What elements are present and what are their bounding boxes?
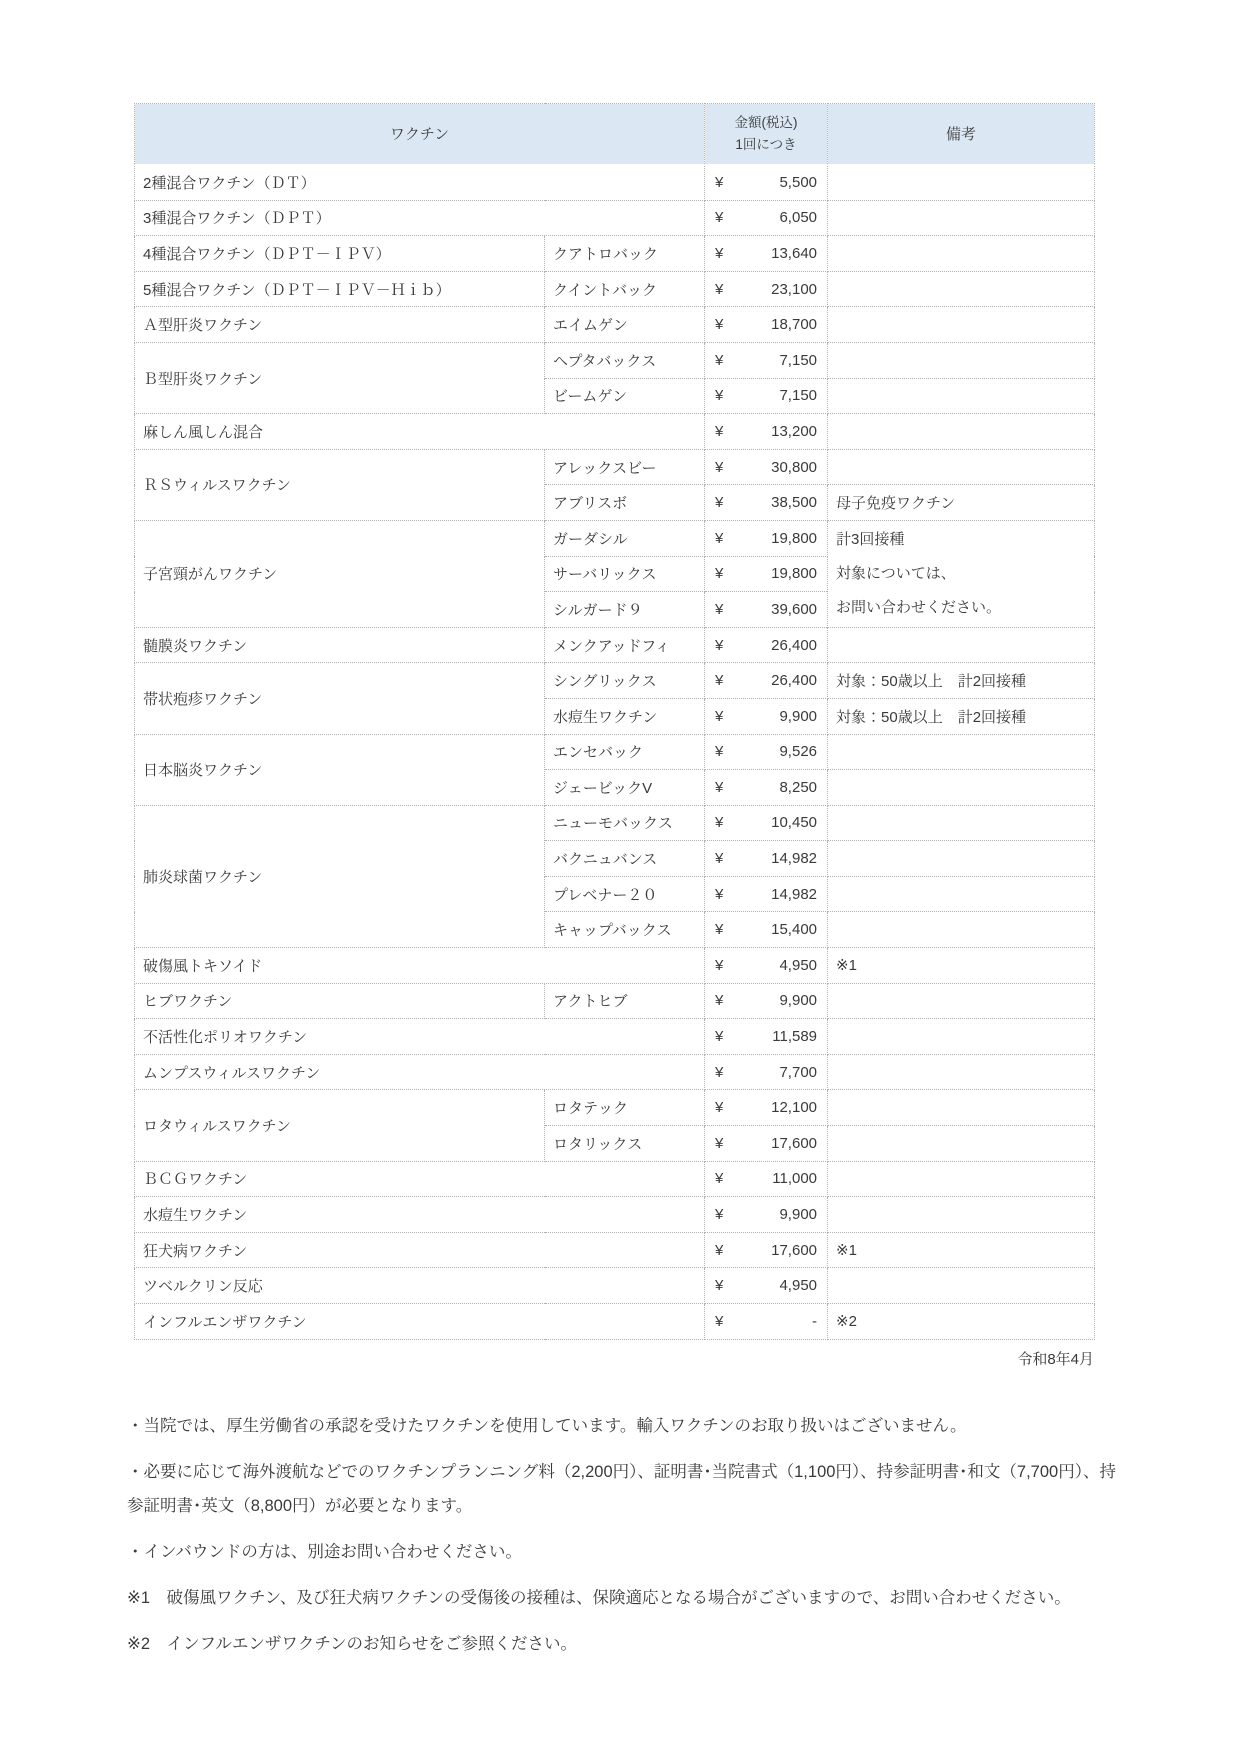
- header-notes: 備考: [828, 104, 1095, 165]
- price-cell: ¥13,640: [705, 236, 828, 272]
- brand-name-cell: ロタテック: [545, 1090, 705, 1126]
- note-cell: [828, 200, 1095, 236]
- note-cell: [828, 770, 1095, 806]
- brand-name-cell: アレックスビー: [545, 449, 705, 485]
- brand-name-cell: ロタリックス: [545, 1126, 705, 1162]
- price-amount: 4,950: [779, 957, 817, 974]
- table-row: 帯状疱疹ワクチンシングリックス¥26,400対象：50歳以上 計2回接種: [135, 663, 1095, 699]
- price-cell: ¥19,800: [705, 556, 828, 592]
- header-row: ワクチン 金額(税込) 1回につき 備考: [135, 104, 1095, 165]
- price-amount: 15,400: [771, 921, 817, 938]
- note-cell: [828, 734, 1095, 770]
- price-amount: 13,200: [771, 423, 817, 440]
- currency-symbol: ¥: [715, 743, 723, 760]
- brand-name-cell: ビームゲン: [545, 378, 705, 414]
- price-cell: ¥-: [705, 1304, 828, 1340]
- currency-symbol: ¥: [715, 814, 723, 831]
- currency-symbol: ¥: [715, 174, 723, 191]
- currency-symbol: ¥: [715, 886, 723, 903]
- table-row: 日本脳炎ワクチンエンセバック¥9,526: [135, 734, 1095, 770]
- note-cell: [828, 912, 1095, 948]
- note-cell: 計3回接種 対象については、 お問い合わせください。: [828, 520, 1095, 627]
- currency-symbol: ¥: [715, 530, 723, 547]
- price-amount: 12,100: [771, 1099, 817, 1116]
- price-amount: 4,950: [779, 1277, 817, 1294]
- vaccine-name-cell: ツベルクリン反応: [135, 1268, 705, 1304]
- currency-symbol: ¥: [715, 494, 723, 511]
- price-cell: ¥26,400: [705, 663, 828, 699]
- brand-name-cell: エンセバック: [545, 734, 705, 770]
- price-cell: ¥8,250: [705, 770, 828, 806]
- price-cell: ¥7,150: [705, 342, 828, 378]
- price-cell: ¥14,982: [705, 876, 828, 912]
- currency-symbol: ¥: [715, 850, 723, 867]
- note-cell: [828, 1019, 1095, 1055]
- price-amount: 5,500: [779, 174, 817, 191]
- note-cell: [828, 1054, 1095, 1090]
- currency-symbol: ¥: [715, 352, 723, 369]
- vaccine-name-cell: 麻しん風しん混合: [135, 414, 705, 450]
- header-price: 金額(税込) 1回につき: [705, 104, 828, 165]
- note-cell: [828, 983, 1095, 1019]
- currency-symbol: ¥: [715, 1064, 723, 1081]
- price-amount: 26,400: [771, 637, 817, 654]
- note-cell: 対象：50歳以上 計2回接種: [828, 663, 1095, 699]
- price-amount: 7,150: [779, 387, 817, 404]
- price-amount: 9,900: [779, 708, 817, 725]
- vaccine-name-cell: 髄膜炎ワクチン: [135, 627, 545, 663]
- price-cell: ¥23,100: [705, 271, 828, 307]
- price-cell: ¥5,500: [705, 165, 828, 201]
- note-cell: [828, 342, 1095, 378]
- price-amount: 11,589: [772, 1028, 817, 1045]
- brand-name-cell: アブリスボ: [545, 485, 705, 521]
- price-cell: ¥4,950: [705, 1268, 828, 1304]
- vaccine-name-cell: 帯状疱疹ワクチン: [135, 663, 545, 734]
- price-amount: 9,900: [779, 992, 817, 1009]
- currency-symbol: ¥: [715, 1135, 723, 1152]
- footnotes: ・当院では、厚生労働省の承認を受けたワクチンを使用しています。輸入ワクチンのお取…: [127, 1409, 1119, 1661]
- note-cell: ※2: [828, 1304, 1095, 1340]
- table-row: ＲＳウィルスワクチンアレックスビー¥30,800: [135, 449, 1095, 485]
- table-row: 4種混合ワクチン（ＤＰＴ－ＩＰＶ）クアトロバック¥13,640: [135, 236, 1095, 272]
- document-page: { "page": { "date_label": "令和8年4月" }, "c…: [0, 0, 1240, 1754]
- price-amount: 7,700: [779, 1064, 817, 1081]
- price-amount: 14,982: [771, 850, 817, 867]
- note-cell: 母子免疫ワクチン: [828, 485, 1095, 521]
- table-row: 狂犬病ワクチン¥17,600※1: [135, 1232, 1095, 1268]
- vaccine-name-cell: 肺炎球菌ワクチン: [135, 805, 545, 947]
- currency-symbol: ¥: [715, 1242, 723, 1259]
- price-cell: ¥12,100: [705, 1090, 828, 1126]
- vaccine-name-cell: 日本脳炎ワクチン: [135, 734, 545, 805]
- brand-name-cell: ジェービックV: [545, 770, 705, 806]
- footnote: ※2 インフルエンザワクチンのお知らせをご参照ください。: [127, 1627, 1119, 1661]
- price-cell: ¥9,900: [705, 698, 828, 734]
- currency-symbol: ¥: [715, 1277, 723, 1294]
- brand-name-cell: シングリックス: [545, 663, 705, 699]
- note-cell: [828, 307, 1095, 343]
- note-cell: [828, 449, 1095, 485]
- price-amount: 11,000: [772, 1170, 817, 1187]
- price-cell: ¥11,589: [705, 1019, 828, 1055]
- currency-symbol: ¥: [715, 957, 723, 974]
- table-row: ＢＣＧワクチン¥11,000: [135, 1161, 1095, 1197]
- table-row: Ｂ型肝炎ワクチンヘプタバックス¥7,150: [135, 342, 1095, 378]
- price-amount: 9,526: [779, 743, 817, 760]
- note-cell: [828, 627, 1095, 663]
- table-row: 破傷風トキソイド¥4,950※1: [135, 948, 1095, 984]
- price-cell: ¥9,900: [705, 983, 828, 1019]
- note-cell: [828, 378, 1095, 414]
- price-amount: 17,600: [771, 1135, 817, 1152]
- vaccine-name-cell: ヒブワクチン: [135, 983, 545, 1019]
- currency-symbol: ¥: [715, 672, 723, 689]
- currency-symbol: ¥: [715, 316, 723, 333]
- price-cell: ¥17,600: [705, 1232, 828, 1268]
- vaccine-name-cell: 水痘生ワクチン: [135, 1197, 705, 1233]
- currency-symbol: ¥: [715, 423, 723, 440]
- note-cell: [828, 841, 1095, 877]
- price-cell: ¥9,526: [705, 734, 828, 770]
- price-cell: ¥17,600: [705, 1126, 828, 1162]
- price-cell: ¥7,150: [705, 378, 828, 414]
- currency-symbol: ¥: [715, 565, 723, 582]
- table-row: ロタウィルスワクチンロタテック¥12,100: [135, 1090, 1095, 1126]
- table-row: 3種混合ワクチン（ＤＰＴ）¥6,050: [135, 200, 1095, 236]
- price-table-body: 2種混合ワクチン（ＤＴ）¥5,5003種混合ワクチン（ＤＰＴ）¥6,0504種混…: [135, 165, 1095, 1340]
- price-amount: 14,982: [771, 886, 817, 903]
- price-amount: 6,050: [779, 209, 817, 226]
- table-row: ムンプスウィルスワクチン¥7,700: [135, 1054, 1095, 1090]
- note-cell: [828, 414, 1095, 450]
- note-cell: [828, 876, 1095, 912]
- currency-symbol: ¥: [715, 387, 723, 404]
- brand-name-cell: シルガード９: [545, 592, 705, 628]
- currency-symbol: ¥: [715, 209, 723, 226]
- header-vaccine: ワクチン: [135, 104, 705, 165]
- brand-name-cell: アクトヒブ: [545, 983, 705, 1019]
- price-cell: ¥7,700: [705, 1054, 828, 1090]
- currency-symbol: ¥: [715, 992, 723, 1009]
- table-header: ワクチン 金額(税込) 1回につき 備考: [135, 104, 1095, 165]
- brand-name-cell: 水痘生ワクチン: [545, 698, 705, 734]
- brand-name-cell: クアトロバック: [545, 236, 705, 272]
- currency-symbol: ¥: [715, 921, 723, 938]
- vaccine-name-cell: インフルエンザワクチン: [135, 1304, 705, 1340]
- note-cell: [828, 1126, 1095, 1162]
- currency-symbol: ¥: [715, 1099, 723, 1116]
- note-cell: ※1: [828, 948, 1095, 984]
- price-cell: ¥14,982: [705, 841, 828, 877]
- brand-name-cell: ニューモバックス: [545, 805, 705, 841]
- brand-name-cell: キャップバックス: [545, 912, 705, 948]
- brand-name-cell: エイムゲン: [545, 307, 705, 343]
- vaccine-name-cell: Ａ型肝炎ワクチン: [135, 307, 545, 343]
- vaccine-price-table: ワクチン 金額(税込) 1回につき 備考 2種混合ワクチン（ＤＴ）¥5,5003…: [134, 103, 1095, 1340]
- vaccine-name-cell: 狂犬病ワクチン: [135, 1232, 705, 1268]
- price-cell: ¥6,050: [705, 200, 828, 236]
- price-amount: 38,500: [771, 494, 817, 511]
- table-row: 水痘生ワクチン¥9,900: [135, 1197, 1095, 1233]
- currency-symbol: ¥: [715, 779, 723, 796]
- note-cell: [828, 271, 1095, 307]
- price-amount: 19,800: [771, 565, 817, 582]
- table-row: 2種混合ワクチン（ＤＴ）¥5,500: [135, 165, 1095, 201]
- price-amount: 9,900: [779, 1206, 817, 1223]
- vaccine-name-cell: 破傷風トキソイド: [135, 948, 705, 984]
- note-cell: 対象：50歳以上 計2回接種: [828, 698, 1095, 734]
- price-cell: ¥9,900: [705, 1197, 828, 1233]
- note-cell: [828, 236, 1095, 272]
- price-cell: ¥4,950: [705, 948, 828, 984]
- price-amount: 18,700: [771, 316, 817, 333]
- price-amount: 7,150: [779, 352, 817, 369]
- brand-name-cell: ガーダシル: [545, 520, 705, 556]
- note-cell: [828, 165, 1095, 201]
- price-cell: ¥11,000: [705, 1161, 828, 1197]
- table-row: 子宮頸がんワクチンガーダシル¥19,800計3回接種 対象については、 お問い合…: [135, 520, 1095, 556]
- note-cell: [828, 1268, 1095, 1304]
- vaccine-name-cell: ムンプスウィルスワクチン: [135, 1054, 705, 1090]
- price-amount: 10,450: [771, 814, 817, 831]
- brand-name-cell: サーバリックス: [545, 556, 705, 592]
- vaccine-name-cell: 2種混合ワクチン（ＤＴ）: [135, 165, 705, 201]
- currency-symbol: ¥: [715, 281, 723, 298]
- currency-symbol: ¥: [715, 1028, 723, 1045]
- brand-name-cell: メンクアッドフィ: [545, 627, 705, 663]
- vaccine-name-cell: 不活性化ポリオワクチン: [135, 1019, 705, 1055]
- table-row: ツベルクリン反応¥4,950: [135, 1268, 1095, 1304]
- vaccine-name-cell: 子宮頸がんワクチン: [135, 520, 545, 627]
- note-cell: [828, 1197, 1095, 1233]
- price-amount: 17,600: [771, 1242, 817, 1259]
- price-cell: ¥18,700: [705, 307, 828, 343]
- price-cell: ¥30,800: [705, 449, 828, 485]
- brand-name-cell: バクニュバンス: [545, 841, 705, 877]
- table-row: インフルエンザワクチン¥-※2: [135, 1304, 1095, 1340]
- price-amount: 13,640: [771, 245, 817, 262]
- header-price-line2: 1回につき: [713, 134, 819, 156]
- table-row: 肺炎球菌ワクチンニューモバックス¥10,450: [135, 805, 1095, 841]
- price-amount: 19,800: [771, 530, 817, 547]
- footnote: ・インバウンドの方は、別途お問い合わせください。: [127, 1535, 1119, 1569]
- currency-symbol: ¥: [715, 601, 723, 618]
- vaccine-name-cell: Ｂ型肝炎ワクチン: [135, 342, 545, 413]
- currency-symbol: ¥: [715, 1206, 723, 1223]
- price-cell: ¥10,450: [705, 805, 828, 841]
- vaccine-name-cell: ＢＣＧワクチン: [135, 1161, 705, 1197]
- brand-name-cell: ヘプタバックス: [545, 342, 705, 378]
- currency-symbol: ¥: [715, 1170, 723, 1187]
- vaccine-name-cell: ロタウィルスワクチン: [135, 1090, 545, 1161]
- table-row: 不活性化ポリオワクチン¥11,589: [135, 1019, 1095, 1055]
- price-amount: 8,250: [779, 779, 817, 796]
- price-cell: ¥13,200: [705, 414, 828, 450]
- currency-symbol: ¥: [715, 1313, 723, 1330]
- footnote: ・当院では、厚生労働省の承認を受けたワクチンを使用しています。輸入ワクチンのお取…: [127, 1409, 1119, 1443]
- vaccine-name-cell: 3種混合ワクチン（ＤＰＴ）: [135, 200, 705, 236]
- brand-name-cell: クイントバック: [545, 271, 705, 307]
- price-cell: ¥15,400: [705, 912, 828, 948]
- table-row: Ａ型肝炎ワクチンエイムゲン¥18,700: [135, 307, 1095, 343]
- price-cell: ¥26,400: [705, 627, 828, 663]
- vaccine-price-sheet: ワクチン 金額(税込) 1回につき 備考 2種混合ワクチン（ＤＴ）¥5,5003…: [134, 103, 1096, 1673]
- vaccine-name-cell: 5種混合ワクチン（ＤＰＴ－ＩＰＶ－Ｈｉｂ）: [135, 271, 545, 307]
- currency-symbol: ¥: [715, 708, 723, 725]
- table-row: 麻しん風しん混合¥13,200: [135, 414, 1095, 450]
- date-label: 令和8年4月: [134, 1348, 1094, 1369]
- note-cell: [828, 1161, 1095, 1197]
- currency-symbol: ¥: [715, 459, 723, 476]
- price-cell: ¥38,500: [705, 485, 828, 521]
- footnote: ・必要に応じて海外渡航などでのワクチンプランニング料（2,200円）、証明書･当…: [127, 1455, 1119, 1523]
- price-amount: 30,800: [771, 459, 817, 476]
- header-price-line1: 金額(税込): [713, 112, 819, 134]
- table-row: ヒブワクチンアクトヒブ¥9,900: [135, 983, 1095, 1019]
- currency-symbol: ¥: [715, 245, 723, 262]
- table-row: 5種混合ワクチン（ＤＰＴ－ＩＰＶ－Ｈｉｂ）クイントバック¥23,100: [135, 271, 1095, 307]
- price-cell: ¥39,600: [705, 592, 828, 628]
- brand-name-cell: プレベナー２０: [545, 876, 705, 912]
- price-amount: 39,600: [771, 601, 817, 618]
- currency-symbol: ¥: [715, 637, 723, 654]
- vaccine-name-cell: ＲＳウィルスワクチン: [135, 449, 545, 520]
- table-row: 髄膜炎ワクチンメンクアッドフィ¥26,400: [135, 627, 1095, 663]
- footnote: ※1 破傷風ワクチン、及び狂犬病ワクチンの受傷後の接種は、保険適応となる場合がご…: [127, 1581, 1119, 1615]
- note-cell: ※1: [828, 1232, 1095, 1268]
- note-cell: [828, 805, 1095, 841]
- price-amount: 23,100: [771, 281, 817, 298]
- price-amount: 26,400: [771, 672, 817, 689]
- price-cell: ¥19,800: [705, 520, 828, 556]
- price-amount: -: [812, 1313, 817, 1330]
- vaccine-name-cell: 4種混合ワクチン（ＤＰＴ－ＩＰＶ）: [135, 236, 545, 272]
- note-cell: [828, 1090, 1095, 1126]
